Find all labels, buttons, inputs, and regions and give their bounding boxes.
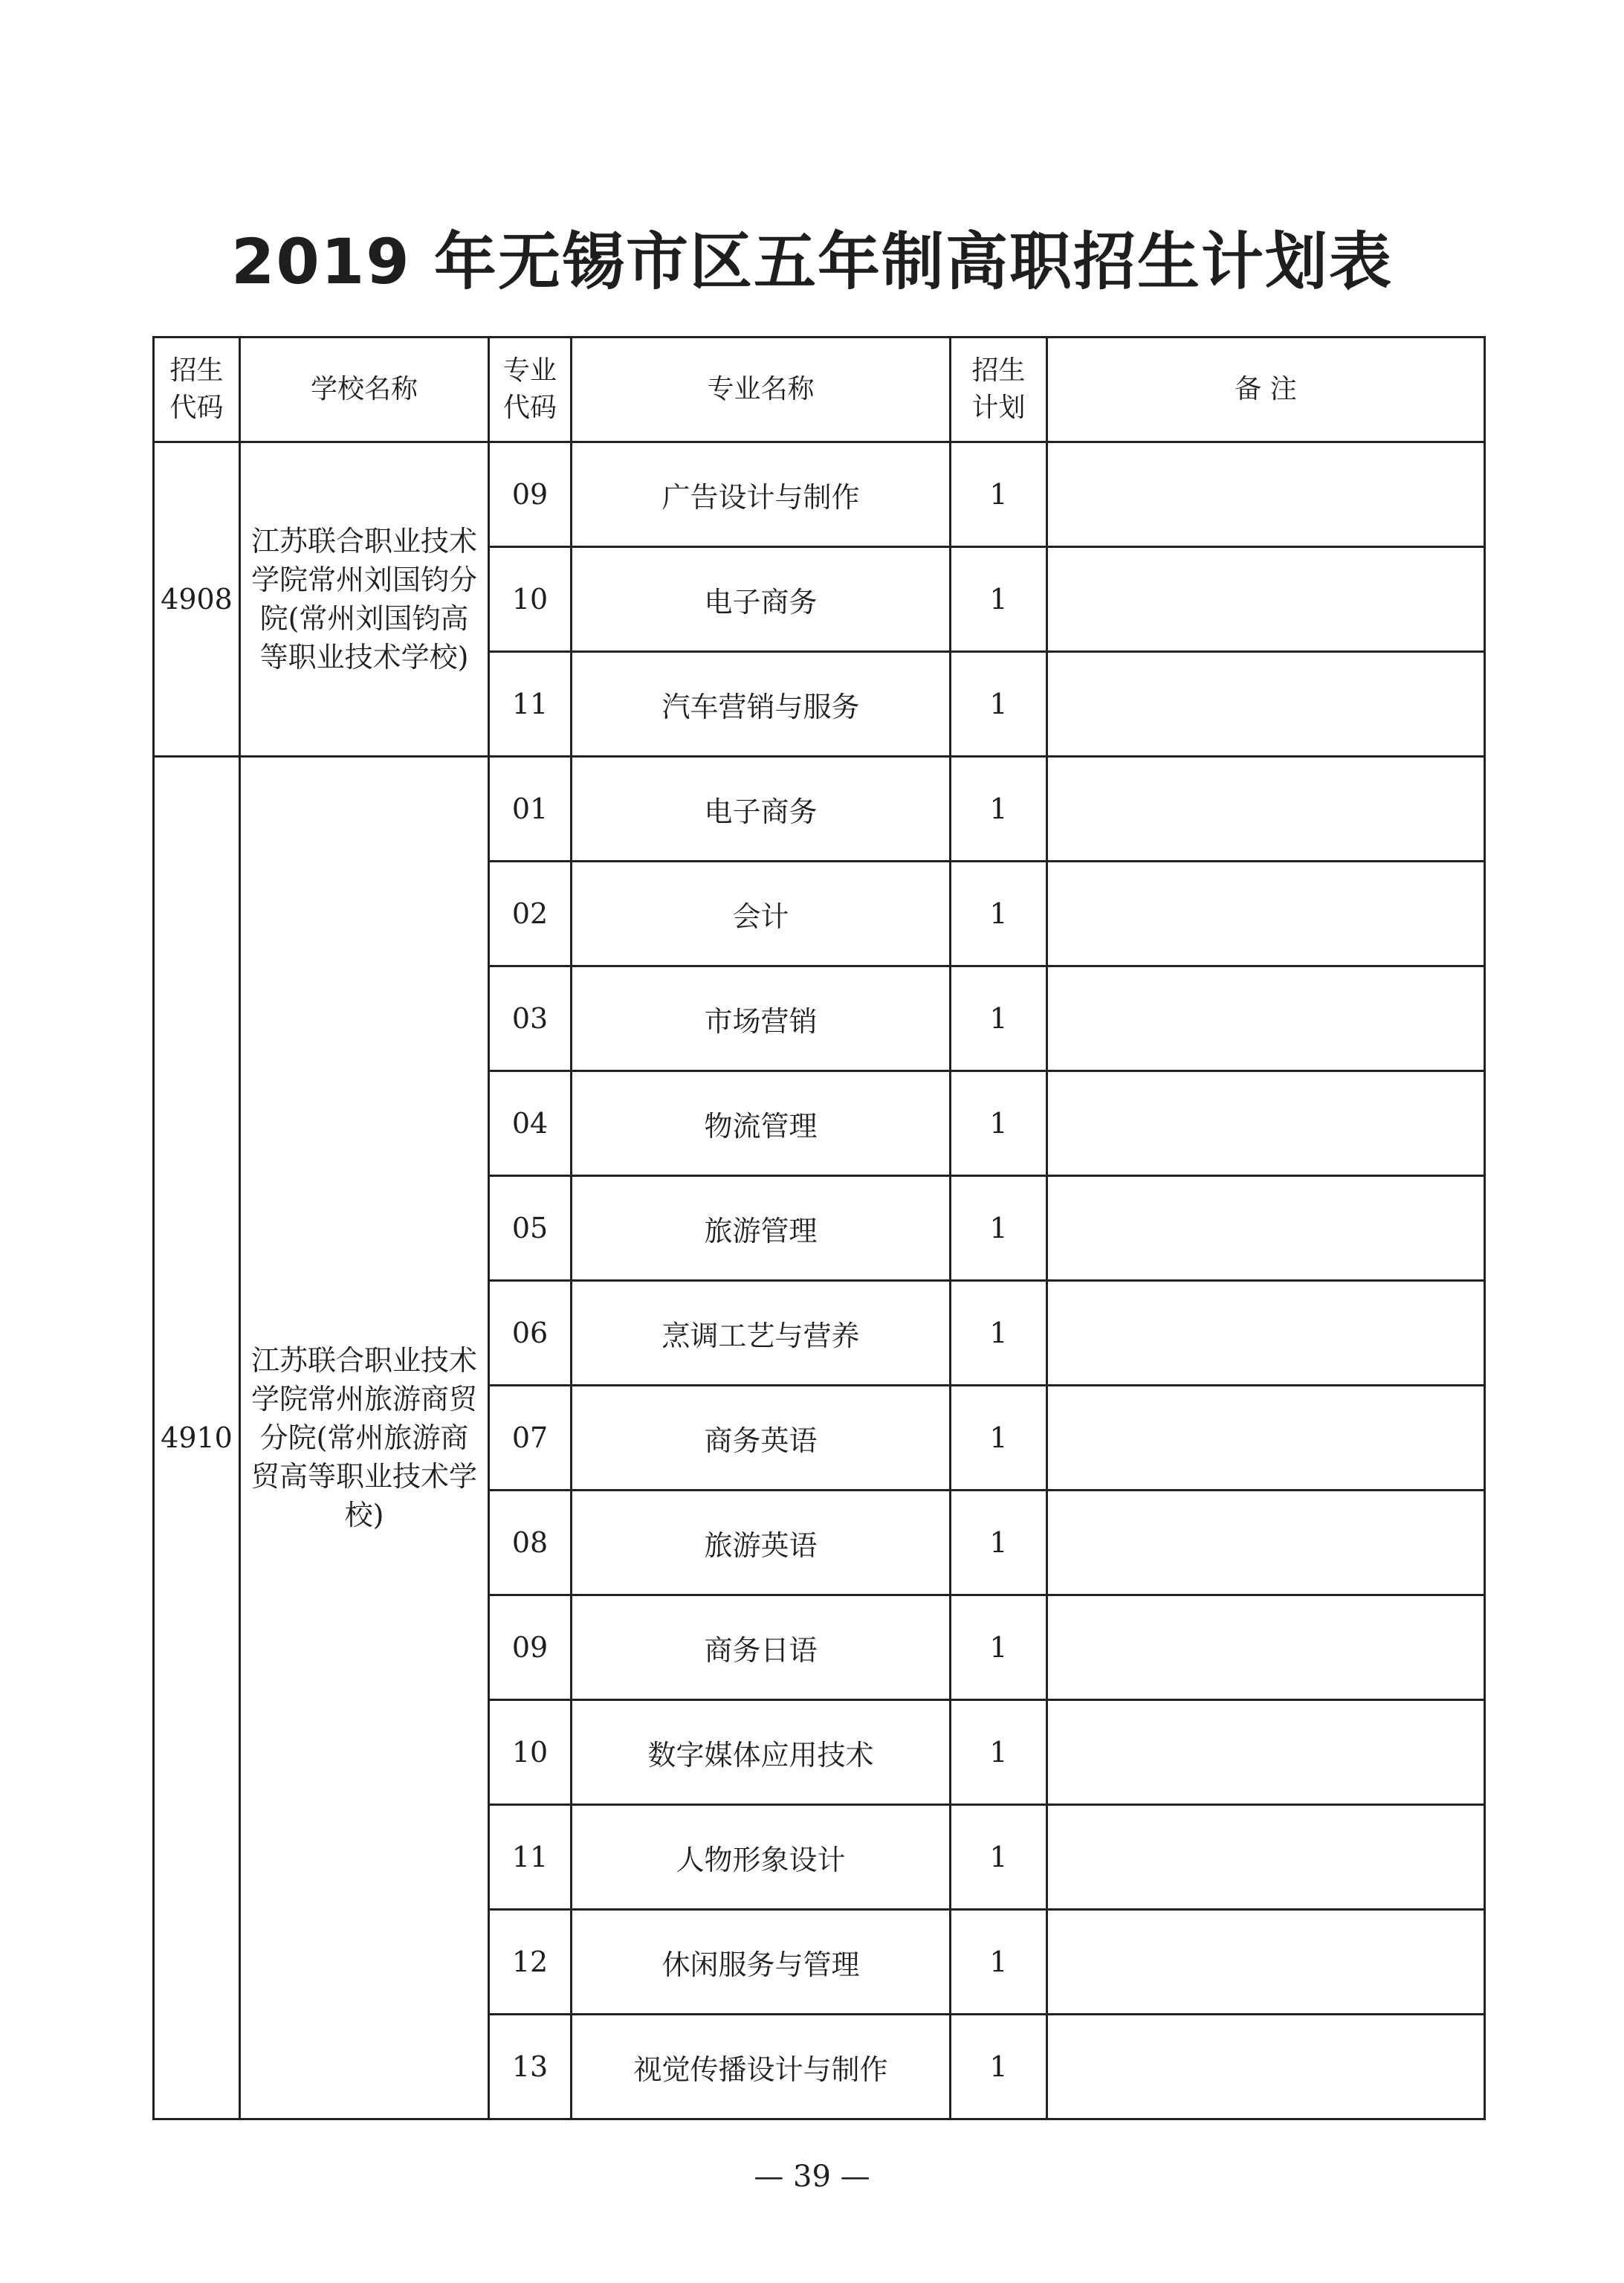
plan-cell: 1 [951, 1071, 1047, 1176]
major-name-cell: 烹调工艺与营养 [572, 1281, 951, 1386]
major-code-cell: 09 [489, 1595, 572, 1700]
remarks-cell [1047, 1700, 1485, 1805]
major-code-cell: 06 [489, 1281, 572, 1386]
major-code-cell: 10 [489, 1700, 572, 1805]
major-name-cell: 电子商务 [572, 547, 951, 652]
plan-cell: 1 [951, 547, 1047, 652]
table-header-row: 招生代码 学校名称 专业代码 专业名称 招生计划 备 注 [154, 338, 1485, 442]
plan-cell: 1 [951, 757, 1047, 862]
page-title: 2019 年无锡市区五年制高职招生计划表 [0, 212, 1624, 302]
major-name-cell: 会计 [572, 862, 951, 966]
plan-cell: 1 [951, 1176, 1047, 1281]
remarks-cell [1047, 1071, 1485, 1176]
header-enroll-code-label: 招生代码 [167, 352, 227, 427]
header-remarks: 备 注 [1047, 338, 1485, 442]
header-major-name: 专业名称 [572, 338, 951, 442]
plan-cell: 1 [951, 1281, 1047, 1386]
major-name-cell: 电子商务 [572, 757, 951, 862]
remarks-cell [1047, 1176, 1485, 1281]
major-name-cell: 旅游英语 [572, 1491, 951, 1595]
remarks-cell [1047, 442, 1485, 547]
major-code-cell: 01 [489, 757, 572, 862]
plan-cell: 1 [951, 1491, 1047, 1595]
major-name-cell: 商务英语 [572, 1386, 951, 1491]
header-school-name: 学校名称 [240, 338, 489, 442]
enroll-code-cell: 4910 [154, 757, 240, 2119]
major-code-cell: 08 [489, 1491, 572, 1595]
table-row: 4908 江苏联合职业技术学院常州刘国钧分院(常州刘国钧高等职业技术学校) 09… [154, 442, 1485, 547]
remarks-cell [1047, 1910, 1485, 2015]
header-major-code-label: 专业代码 [500, 352, 560, 427]
major-code-cell: 04 [489, 1071, 572, 1176]
major-name-cell: 物流管理 [572, 1071, 951, 1176]
major-name-cell: 数字媒体应用技术 [572, 1700, 951, 1805]
major-name-cell: 商务日语 [572, 1595, 951, 1700]
plan-cell: 1 [951, 1595, 1047, 1700]
major-name-cell: 休闲服务与管理 [572, 1910, 951, 2015]
major-name-cell: 市场营销 [572, 966, 951, 1071]
school-name-cell: 江苏联合职业技术学院常州旅游商贸分院(常州旅游商贸高等职业技术学校) [240, 757, 489, 2119]
plan-cell: 1 [951, 2015, 1047, 2119]
remarks-cell [1047, 2015, 1485, 2119]
remarks-cell [1047, 966, 1485, 1071]
plan-cell: 1 [951, 966, 1047, 1071]
major-code-cell: 10 [489, 547, 572, 652]
major-name-cell: 汽车营销与服务 [572, 652, 951, 757]
major-name-cell: 旅游管理 [572, 1176, 951, 1281]
enroll-code-cell: 4908 [154, 442, 240, 757]
remarks-cell [1047, 652, 1485, 757]
remarks-cell [1047, 1386, 1485, 1491]
major-code-cell: 07 [489, 1386, 572, 1491]
plan-cell: 1 [951, 652, 1047, 757]
plan-cell: 1 [951, 1805, 1047, 1910]
school-name-cell: 江苏联合职业技术学院常州刘国钧分院(常州刘国钧高等职业技术学校) [240, 442, 489, 757]
table-row: 4910 江苏联合职业技术学院常州旅游商贸分院(常州旅游商贸高等职业技术学校) … [154, 757, 1485, 862]
plan-cell: 1 [951, 1910, 1047, 2015]
major-code-cell: 12 [489, 1910, 572, 2015]
major-code-cell: 11 [489, 1805, 572, 1910]
header-plan: 招生计划 [951, 338, 1047, 442]
major-code-cell: 02 [489, 862, 572, 966]
major-code-cell: 11 [489, 652, 572, 757]
remarks-cell [1047, 1491, 1485, 1595]
header-major-code: 专业代码 [489, 338, 572, 442]
page-number: — 39 — [0, 2160, 1624, 2194]
remarks-cell [1047, 757, 1485, 862]
remarks-cell [1047, 547, 1485, 652]
remarks-cell [1047, 1805, 1485, 1910]
remarks-cell [1047, 862, 1485, 966]
remarks-cell [1047, 1595, 1485, 1700]
major-name-cell: 视觉传播设计与制作 [572, 2015, 951, 2119]
enrollment-plan-table: 招生代码 学校名称 专业代码 专业名称 招生计划 备 注 4908 江苏联合职业… [152, 336, 1486, 2120]
major-code-cell: 05 [489, 1176, 572, 1281]
plan-cell: 1 [951, 862, 1047, 966]
plan-cell: 1 [951, 442, 1047, 547]
header-plan-label: 招生计划 [969, 352, 1029, 427]
remarks-cell [1047, 1281, 1485, 1386]
major-name-cell: 广告设计与制作 [572, 442, 951, 547]
major-code-cell: 13 [489, 2015, 572, 2119]
major-code-cell: 09 [489, 442, 572, 547]
major-code-cell: 03 [489, 966, 572, 1071]
plan-cell: 1 [951, 1700, 1047, 1805]
plan-cell: 1 [951, 1386, 1047, 1491]
header-enroll-code: 招生代码 [154, 338, 240, 442]
major-name-cell: 人物形象设计 [572, 1805, 951, 1910]
